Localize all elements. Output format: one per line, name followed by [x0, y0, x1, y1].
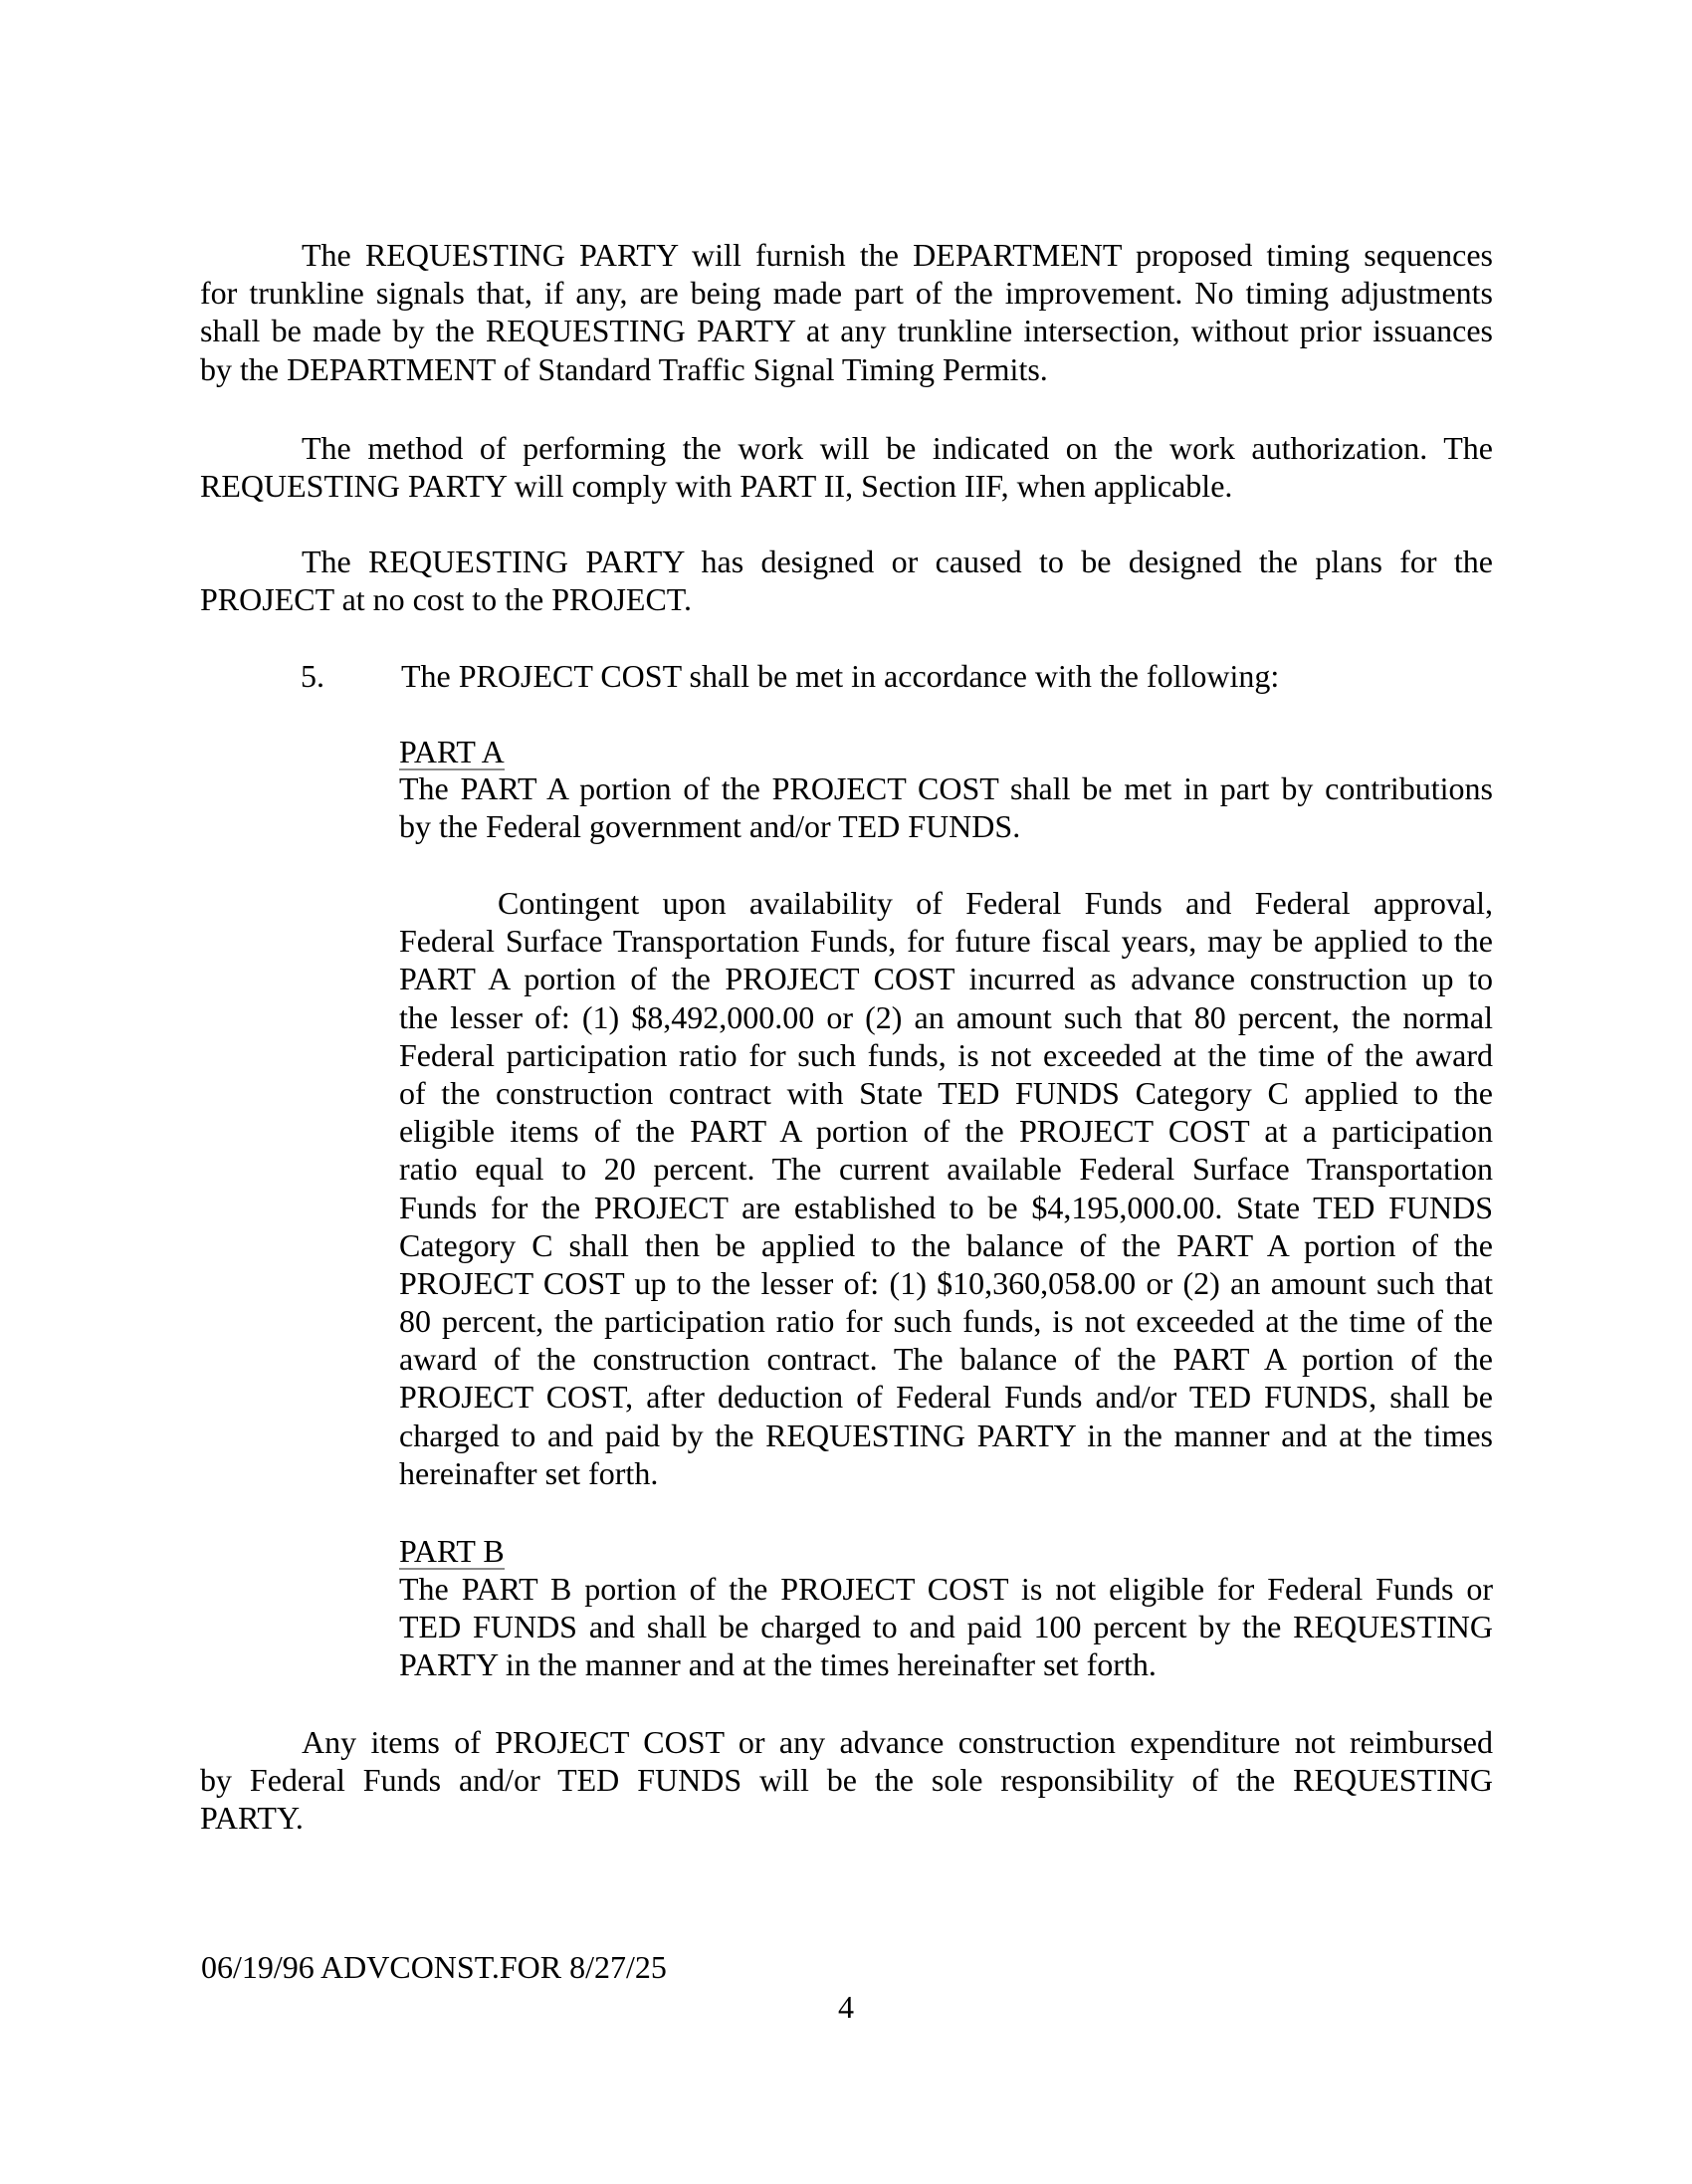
part-b-section: PART B: [399, 1532, 1493, 1570]
text-line: Contingent upon availability of Federal …: [399, 884, 1493, 922]
text-line: of the construction contract with State …: [399, 1074, 1493, 1112]
text-line: PARTY in the manner and at the times her…: [399, 1645, 1493, 1683]
text-line: the lesser of: (1) $8,492,000.00 or (2) …: [399, 998, 1493, 1036]
document-page: The REQUESTING PARTY will furnish the DE…: [0, 0, 1692, 2184]
text-line: PROJECT COST up to the lesser of: (1) $1…: [399, 1264, 1493, 1302]
item-number: 5.: [301, 657, 324, 695]
text-line: Federal Surface Transportation Funds, fo…: [399, 922, 1493, 960]
text-line: award of the construction contract. The …: [399, 1340, 1493, 1378]
text-line: hereinafter set forth.: [399, 1454, 1493, 1492]
part-a-intro: The PART A portion of the PROJECT COST s…: [399, 769, 1493, 845]
paragraph-timing-sequences: The REQUESTING PARTY will furnish the DE…: [200, 236, 1493, 388]
footer-form-id: 06/19/96 ADVCONST.FOR 8/27/25: [201, 1948, 667, 1986]
text-line: for trunkline signals that, if any, are …: [200, 274, 1493, 312]
text-line: shall be made by the REQUESTING PARTY at…: [200, 312, 1493, 349]
text-line: by the Federal government and/or TED FUN…: [399, 807, 1493, 845]
text-line: ratio equal to 20 percent. The current a…: [399, 1150, 1493, 1188]
text-line: Federal participation ratio for such fun…: [399, 1036, 1493, 1074]
text-line: Any items of PROJECT COST or any advance…: [200, 1723, 1493, 1761]
text-line: PROJECT at no cost to the PROJECT.: [200, 580, 1493, 618]
text-line: PROJECT COST, after deduction of Federal…: [399, 1378, 1493, 1416]
paragraph-design-plans: The REQUESTING PARTY has designed or cau…: [200, 543, 1493, 618]
part-a-section: PART A: [399, 733, 1493, 770]
text-line: The PART A portion of the PROJECT COST s…: [399, 769, 1493, 807]
text-line: REQUESTING PARTY will comply with PART I…: [200, 467, 1493, 505]
text-line: PART A portion of the PROJECT COST incur…: [399, 960, 1493, 997]
part-b-heading: PART B: [399, 1536, 505, 1570]
text-line: 80 percent, the participation ratio for …: [399, 1302, 1493, 1340]
part-a-heading: PART A: [399, 737, 505, 770]
text-line: PARTY.: [200, 1799, 1493, 1837]
text-line: by Federal Funds and/or TED FUNDS will b…: [200, 1761, 1493, 1799]
text-line: Funds for the PROJECT are established to…: [399, 1189, 1493, 1226]
text-line: TED FUNDS and shall be charged to and pa…: [399, 1608, 1493, 1645]
paragraph-sole-responsibility: Any items of PROJECT COST or any advance…: [200, 1723, 1493, 1838]
part-a-contingent-paragraph: Contingent upon availability of Federal …: [399, 884, 1493, 1492]
text-line: charged to and paid by the REQUESTING PA…: [399, 1417, 1493, 1454]
text-line: The PART B portion of the PROJECT COST i…: [399, 1570, 1493, 1608]
text-line: by the DEPARTMENT of Standard Traffic Si…: [200, 350, 1493, 388]
numbered-item-5: 5. The PROJECT COST shall be met in acco…: [0, 657, 1692, 696]
item-text: The PROJECT COST shall be met in accorda…: [401, 657, 1279, 695]
text-line: Category C shall then be applied to the …: [399, 1226, 1493, 1264]
text-line: The REQUESTING PARTY has designed or cau…: [200, 543, 1493, 580]
text-line: The REQUESTING PARTY will furnish the DE…: [200, 236, 1493, 274]
text-line: The method of performing the work will b…: [200, 429, 1493, 467]
page-number: 4: [0, 1988, 1692, 2026]
text-line: eligible items of the PART A portion of …: [399, 1112, 1493, 1150]
paragraph-method-of-work: The method of performing the work will b…: [200, 429, 1493, 505]
part-b-body: The PART B portion of the PROJECT COST i…: [399, 1570, 1493, 1684]
